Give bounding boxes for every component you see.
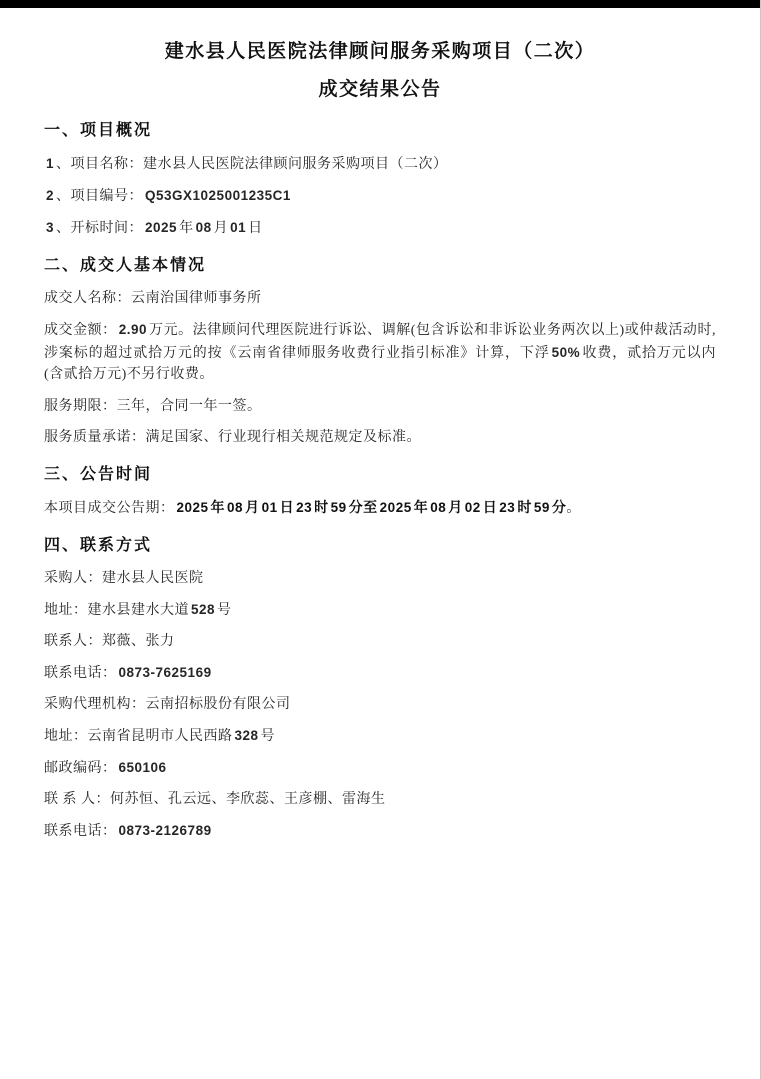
section-heading-announcement-time: 三、公告时间 [44,463,716,487]
announcement-period-label: 本项目成交公告期： [44,501,175,516]
section-heading-contact: 四、联系方式 [44,534,716,558]
document-page: 建水县人民医院法律顾问服务采购项目（二次） 成交结果公告 一、项目概况 1、项目… [0,0,761,1079]
purchaser-address-line: 地址：建水县建水大道528号 [44,599,716,621]
purchaser-line: 采购人：建水县人民医院 [44,568,716,589]
project-number-line: 2、项目编号：Q53GX1025001235C1 [44,185,716,207]
purchaser-phone-line: 联系电话：0873-7625169 [44,662,716,684]
document-title: 建水县人民医院法律顾问服务采购项目（二次） [44,38,716,66]
agency-phone-line: 联系电话：0873-2126789 [44,820,716,842]
agency-line: 采购代理机构：云南招标股份有限公司 [44,694,716,715]
project-name-line: 1、项目名称：建水县人民医院法律顾问服务采购项目（二次） [44,153,716,175]
announcement-period-line: 本项目成交公告期：2025年08月01日23时59分至2025年08月02日23… [44,497,716,519]
postal-code-line: 邮政编码：650106 [44,757,716,779]
announcement-document: 建水县人民医院法律顾问服务采购项目（二次） 成交结果公告 一、项目概况 1、项目… [0,38,760,842]
winner-name-line: 成交人名称：云南治国律师事务所 [44,288,716,309]
service-term-line: 服务期限：三年，合同一年一签。 [44,396,716,417]
announcement-period-dates: 2025年08月01日23时59分至2025年08月02日23时59分 [175,501,567,516]
bid-opening-time-line: 3、开标时间：2025年08月01日 [44,217,716,239]
purchaser-contact-person-line: 联系人：郑薇、张力 [44,631,716,652]
agency-contact-person-line: 联 系 人：何苏恒、孔云远、李欣蕊、王彦棚、雷海生 [44,789,716,810]
announcement-period-suffix: 。 [566,501,581,516]
top-border-bar [0,0,760,8]
service-quality-line: 服务质量承诺：满足国家、行业现行相关规范规定及标准。 [44,427,716,448]
document-subtitle: 成交结果公告 [44,76,716,104]
section-heading-overview: 一、项目概况 [44,119,716,143]
section-heading-winner: 二、成交人基本情况 [44,254,716,278]
award-amount-paragraph: 成交金额：2.90万元。法律顾问代理医院进行诉讼、调解(包含诉讼和非诉讼业务两次… [44,319,716,386]
agency-address-line: 地址：云南省昆明市人民西路328号 [44,725,716,747]
